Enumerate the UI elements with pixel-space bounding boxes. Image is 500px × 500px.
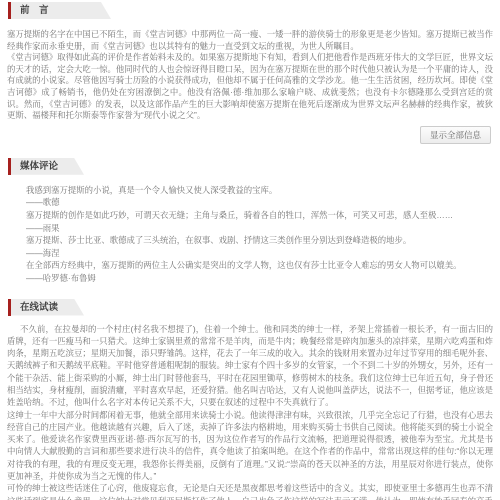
excerpt-paragraph: 不久前，在拉曼却的一个村庄(村名我不想提了)，住着一个绅士。他和同类的绅士一样，… [7, 323, 493, 409]
section-accent-bar [8, 2, 11, 19]
review-quote: 我感到塞万提斯的小说，真是一个令人愉快又使人深受教益的宝库。 [7, 184, 493, 197]
excerpt-title: 在线试读 [11, 299, 84, 316]
review-author: ——雨果 [7, 222, 493, 235]
preface-paragraph: 塞万提斯的名字在中国已不陌生，而《堂吉诃德》中那两位一高一瘦、一矮一胖的游侠骑士… [7, 29, 493, 52]
book-detail-page: 前 言 塞万提斯的名字在中国已不陌生，而《堂吉诃德》中那两位一高一瘦、一矮一胖的… [0, 0, 500, 500]
preface-title: 前 言 [11, 2, 111, 19]
preface-paragraph: 《堂吉诃德》取得如此高的评价是作者始料未及的。如果塞万提斯地下有知，看到人们把他… [7, 52, 493, 122]
section-accent-bar [8, 299, 11, 316]
media-reviews-header: 媒体评论 [8, 158, 493, 175]
review-author: ——哈罗德·布鲁姆 [7, 272, 493, 285]
show-all-row: 显示全部信息 [7, 125, 491, 143]
review-author: ——歌德 [7, 196, 493, 209]
review-quote: 在全部西方经典中，塞万提斯的两位主人公确实是突出的文学人物，这也仅有莎士比亚令人… [7, 259, 493, 272]
media-reviews-title: 媒体评论 [11, 158, 84, 175]
show-all-info-button[interactable]: 显示全部信息 [420, 126, 491, 144]
preface-header: 前 言 [8, 2, 493, 19]
excerpt-section: 在线试读 不久前，在拉曼却的一个村庄(村名我不想提了)，住着一个绅士。他和同类的… [7, 299, 493, 500]
review-quote: 塞万提斯的创作是如此巧妙，可谓天衣无缝；主角与桑丘，骑着各自的牲口，浑然一体，可… [7, 209, 493, 222]
section-accent-bar [8, 158, 11, 175]
preface-section: 前 言 塞万提斯的名字在中国已不陌生，而《堂吉诃德》中那两位一高一瘦、一矮一胖的… [7, 2, 493, 143]
excerpt-header: 在线试读 [8, 299, 493, 316]
review-quote: 塞万提斯、莎士比亚、歌德成了三头统治，在叙事、戏剧、抒情这三类创作里分别达到登峰… [7, 234, 493, 247]
review-author: ——海涅 [7, 247, 493, 260]
excerpt-paragraph: 这绅士一年中大部分时间都闲着无事，他就全部用来读骑士小说。他读得津津有味，兴致很… [7, 409, 493, 483]
media-reviews-section: 媒体评论 我感到塞万提斯的小说，真是一个令人愉快又使人深受教益的宝库。 ——歌德… [7, 158, 493, 285]
excerpt-paragraph: 可怜的绅士被这些话迷住了心窍，他废寝忘食，无论是白天还是黑夜都思考着这些话中的含… [7, 482, 493, 500]
